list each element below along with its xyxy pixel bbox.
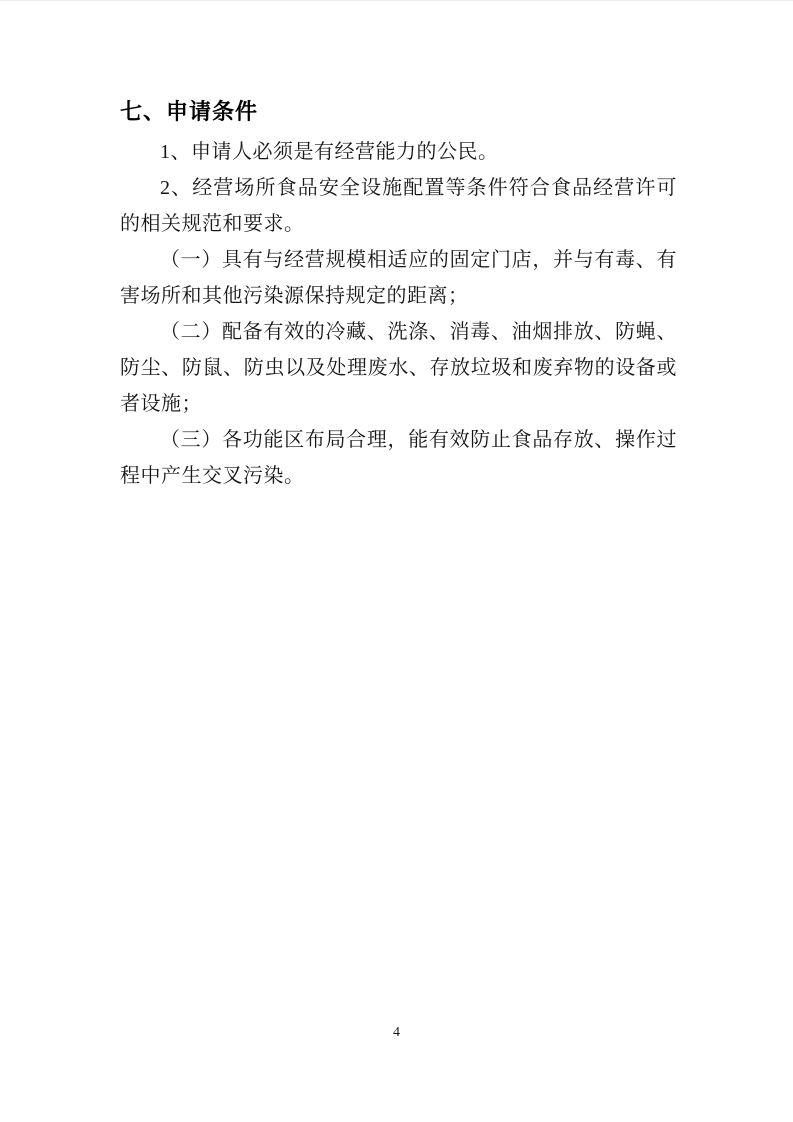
section-heading: 七、申请条件 bbox=[120, 97, 677, 127]
document-body: 七、申请条件 1、申请人必须是有经营能力的公民。 2、经营场所食品安全设施配置等… bbox=[120, 97, 677, 494]
paragraph-item-2: 2、经营场所食品安全设施配置等条件符合食品经营许可的相关规范和要求。 bbox=[120, 170, 677, 242]
paragraph-clause-2: （二）配备有效的冷藏、洗涤、消毒、油烟排放、防蝇、防尘、防鼠、防虫以及处理废水、… bbox=[120, 314, 677, 422]
document-page: 七、申请条件 1、申请人必须是有经营能力的公民。 2、经营场所食品安全设施配置等… bbox=[0, 0, 793, 1122]
paragraph-clause-1: （一）具有与经营规模相适应的固定门店，并与有毒、有害场所和其他污染源保持规定的距… bbox=[120, 242, 677, 314]
paragraph-item-1: 1、申请人必须是有经营能力的公民。 bbox=[120, 134, 677, 170]
page-number: 4 bbox=[393, 1025, 400, 1040]
paragraph-clause-3: （三）各功能区布局合理，能有效防止食品存放、操作过程中产生交叉污染。 bbox=[120, 422, 677, 494]
page-footer: 4 bbox=[0, 1023, 793, 1043]
